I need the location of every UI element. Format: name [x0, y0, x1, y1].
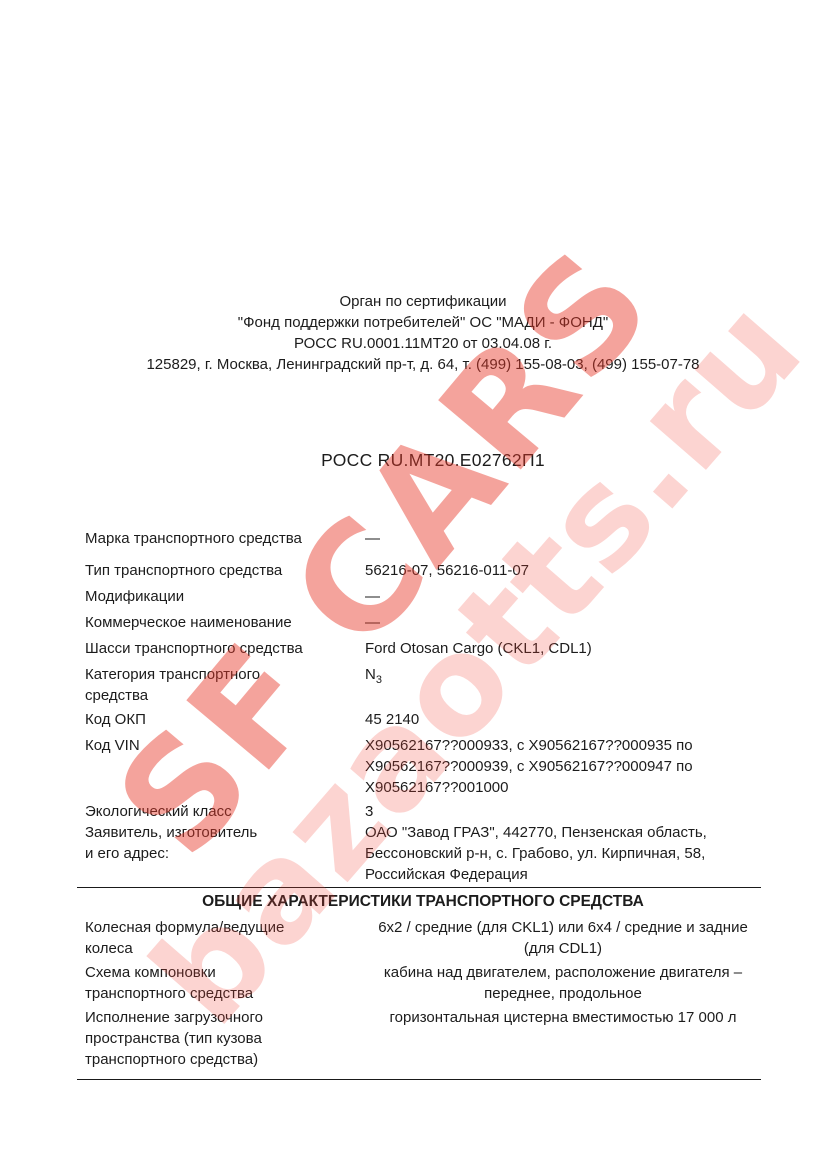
- certificate-page: Орган по сертификации "Фонд поддержки по…: [0, 0, 827, 1170]
- field-row-wheel-formula: Колесная формула/ведущие колеса 6х2 / ср…: [85, 917, 761, 959]
- field-label: Схема компоновки транспортного средства: [85, 962, 365, 1004]
- field-value: 3: [365, 801, 761, 822]
- field-value: горизонтальная цистерна вместимостью 17 …: [365, 1007, 761, 1070]
- field-label: Тип транспортного средства: [85, 560, 365, 581]
- field-value: кабина над двигателем, расположение двиг…: [365, 962, 761, 1004]
- header-fund-line: "Фонд поддержки потребителей" ОС "МАДИ -…: [85, 312, 761, 333]
- field-value: —: [365, 586, 761, 607]
- field-label: Код ОКП: [85, 709, 365, 730]
- field-value: —: [365, 612, 761, 633]
- field-label: Марка транспортного средства: [85, 528, 365, 549]
- field-label: Модификации: [85, 586, 365, 607]
- field-label: Экологический класс: [85, 801, 365, 822]
- field-value: Ford Otosan Cargo (CKL1, CDL1): [365, 638, 761, 659]
- field-row-chassis: Шасси транспортного средства Ford Otosan…: [85, 638, 761, 659]
- field-row-brand: Марка транспортного средства —: [85, 528, 761, 549]
- general-characteristics-title: ОБЩИЕ ХАРАКТЕРИСТИКИ ТРАНСПОРТНОГО СРЕДС…: [85, 891, 761, 912]
- field-label: Исполнение загрузочного пространства (ти…: [85, 1007, 365, 1070]
- section-divider-line: [77, 887, 761, 888]
- field-label: Колесная формула/ведущие колеса: [85, 917, 365, 959]
- field-label: Код VIN: [85, 735, 365, 798]
- field-value: 45 2140: [365, 709, 761, 730]
- certificate-number: РОСС RU.МТ20.Е02762П1: [95, 450, 771, 471]
- bottom-divider-line: [77, 1079, 761, 1080]
- header-org-line: Орган по сертификации: [85, 291, 761, 312]
- field-label: Шасси транспортного средства: [85, 638, 365, 659]
- field-value: 56216-07, 56216-011-07: [365, 560, 761, 581]
- field-row-eco-class: Экологический класс 3: [85, 801, 761, 822]
- field-value: 6х2 / средние (для CKL1) или 6х4 / средн…: [365, 917, 761, 959]
- field-value: X90562167??000933, с X90562167??000935 п…: [365, 735, 761, 798]
- field-value: ОАО "Завод ГРАЗ", 442770, Пензенская обл…: [365, 822, 761, 885]
- field-row-layout-scheme: Схема компоновки транспортного средства …: [85, 962, 761, 1004]
- certification-body-header: Орган по сертификации "Фонд поддержки по…: [85, 291, 761, 375]
- header-address-line: 125829, г. Москва, Ленинградский пр-т, д…: [85, 354, 761, 375]
- field-value: N3: [365, 664, 761, 706]
- field-value: —: [365, 528, 761, 549]
- field-label: Заявитель, изготовитель и его адрес:: [85, 822, 365, 885]
- field-row-okp: Код ОКП 45 2140: [85, 709, 761, 730]
- field-row-modifications: Модификации —: [85, 586, 761, 607]
- field-row-type: Тип транспортного средства 56216-07, 562…: [85, 560, 761, 581]
- field-label: Категория транспортного средства: [85, 664, 365, 706]
- field-row-category: Категория транспортного средства N3: [85, 664, 761, 706]
- header-accreditation-line: РОСС RU.0001.11МТ20 от 03.04.08 г.: [85, 333, 761, 354]
- vehicle-fields-table: Марка транспортного средства — Тип транс…: [85, 528, 761, 1080]
- field-row-cargo-space: Исполнение загрузочного пространства (ти…: [85, 1007, 761, 1070]
- field-row-applicant: Заявитель, изготовитель и его адрес: ОАО…: [85, 822, 761, 885]
- field-label: Коммерческое наименование: [85, 612, 365, 633]
- field-row-vin: Код VIN X90562167??000933, с X90562167??…: [85, 735, 761, 798]
- field-row-commercial-name: Коммерческое наименование —: [85, 612, 761, 633]
